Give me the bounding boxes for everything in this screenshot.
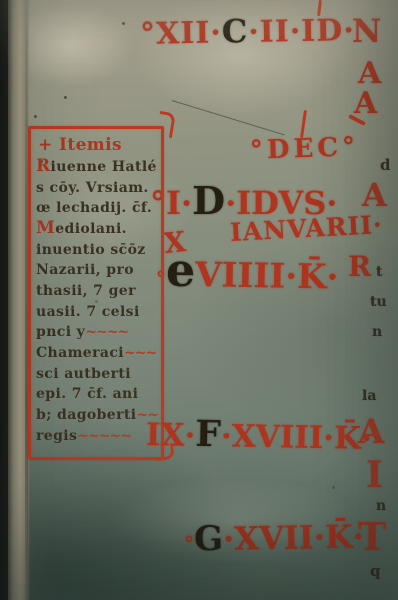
edge-letter-a3: A — [362, 176, 387, 214]
parchment-crease-line — [172, 100, 285, 135]
margin-letter-q: q — [370, 562, 381, 580]
ink-speck — [122, 22, 125, 25]
xvii-row: °G·XVII·K̄· — [184, 516, 365, 559]
margin-letter-d: d — [380, 156, 391, 174]
rubric-text: iuenne Hatlé — [51, 159, 157, 175]
ink-speck — [332, 486, 335, 489]
edge-letter-n: N — [352, 12, 381, 50]
rubric-text: regis — [36, 428, 77, 444]
rubric-line: + Itemis — [38, 138, 122, 153]
ink-speck — [64, 96, 67, 99]
margin-letter-tu: tu — [370, 294, 387, 310]
rubric-text: s cōy. Vrsiam. — [36, 180, 149, 196]
rubric-text: Nazarii, pro — [36, 262, 134, 278]
dominical-letter-d: D — [192, 178, 225, 223]
rubric-text: inuentio sc̄ōz — [36, 242, 146, 258]
dominical-letter-f: F — [195, 413, 221, 455]
dominical-letter-c: C — [221, 12, 248, 50]
numeral-xii: °XII· — [140, 15, 222, 51]
edge-letter-a4: A — [358, 412, 384, 452]
dominical-letter-e: e — [166, 243, 196, 298]
rubric-text: thasii, 7 ger — [36, 283, 136, 299]
rubric-line: epi. 7 c̄f. ani — [36, 386, 138, 401]
rubric-line: s cōy. Vrsiam. — [36, 180, 149, 195]
rubric-line: inuentio sc̄ōz — [36, 242, 146, 257]
rubric-text: sci autberti — [36, 366, 131, 382]
kalendas-xvii-label: ·XVII·K̄· — [223, 517, 364, 557]
xviii-row: IX·F·XVIII·K̄· — [146, 412, 373, 458]
numeral-ix: IX· — [146, 417, 196, 454]
edge-letter-a2: A — [354, 86, 377, 121]
rubric-line: sci autberti — [36, 366, 131, 381]
rubric-text: pnci y — [36, 324, 85, 340]
rubric-line: b; dagoberti~~ — [36, 407, 158, 422]
numerals-ii-id: ·II·ID· — [248, 13, 355, 50]
edge-letter-r: R — [348, 250, 371, 283]
kalendas-xviii-label: ·XVIII·K̄· — [221, 418, 373, 457]
rubric-line: œ lechadij. c̄f. — [36, 200, 152, 215]
line-filler: ~~~~~ — [77, 428, 131, 444]
ink-speck — [34, 115, 37, 118]
line-filler: ~~~ — [124, 345, 156, 361]
rubric-initial: R — [36, 156, 51, 176]
rubric-text: Chameraci — [36, 345, 124, 361]
rubric-line: Nazarii, pro — [36, 262, 134, 277]
kalendas-viiii-label: VIIII·K̄· — [195, 255, 339, 297]
viiii-row: °eVIIII·K̄· — [156, 242, 339, 299]
rubric-text: epi. 7 c̄f. ani — [36, 386, 138, 402]
margin-letter-t: t — [376, 264, 382, 280]
rubric-initial: + Itemis — [38, 135, 122, 155]
rubric-line: Mediolani. — [36, 221, 127, 236]
rubric-line: pnci y~~~~ — [36, 324, 128, 339]
margin-letter-n: n — [372, 324, 382, 340]
rubric-line: uasii. 7 celsi — [36, 304, 140, 319]
manuscript-photo: °XII·C·II·ID· N A A °DEC° °I·D·IDVS· A I… — [0, 0, 398, 600]
dec-label: °DEC° — [250, 132, 360, 166]
rubric-line: Chameraci~~~ — [36, 345, 156, 360]
rubric-line: thasii, 7 ger — [36, 283, 136, 298]
book-binding-edge — [0, 0, 8, 600]
dominical-letter-g: G — [194, 519, 224, 560]
rubric-text: uasii. 7 celsi — [36, 304, 140, 320]
rubric-text: œ lechadij. c̄f. — [36, 200, 152, 216]
rubric-text: ediolani. — [55, 221, 127, 237]
rubric-initial: M — [36, 218, 55, 238]
edge-letter-i: I — [366, 454, 383, 496]
dot-ornament-2: ° — [184, 531, 194, 555]
edge-letter-t: T — [358, 514, 386, 559]
line-filler: ~~~~ — [85, 324, 128, 340]
rubric-line: Riuenne Hatlé — [36, 159, 157, 174]
rubric-text: b; dagoberti — [36, 407, 136, 423]
rubric-line: regis~~~~~ — [36, 428, 131, 443]
calendar-row-top: °XII·C·II·ID· — [140, 10, 355, 52]
margin-letter-n2: n — [376, 498, 386, 514]
margin-letter-la: la — [362, 388, 376, 404]
